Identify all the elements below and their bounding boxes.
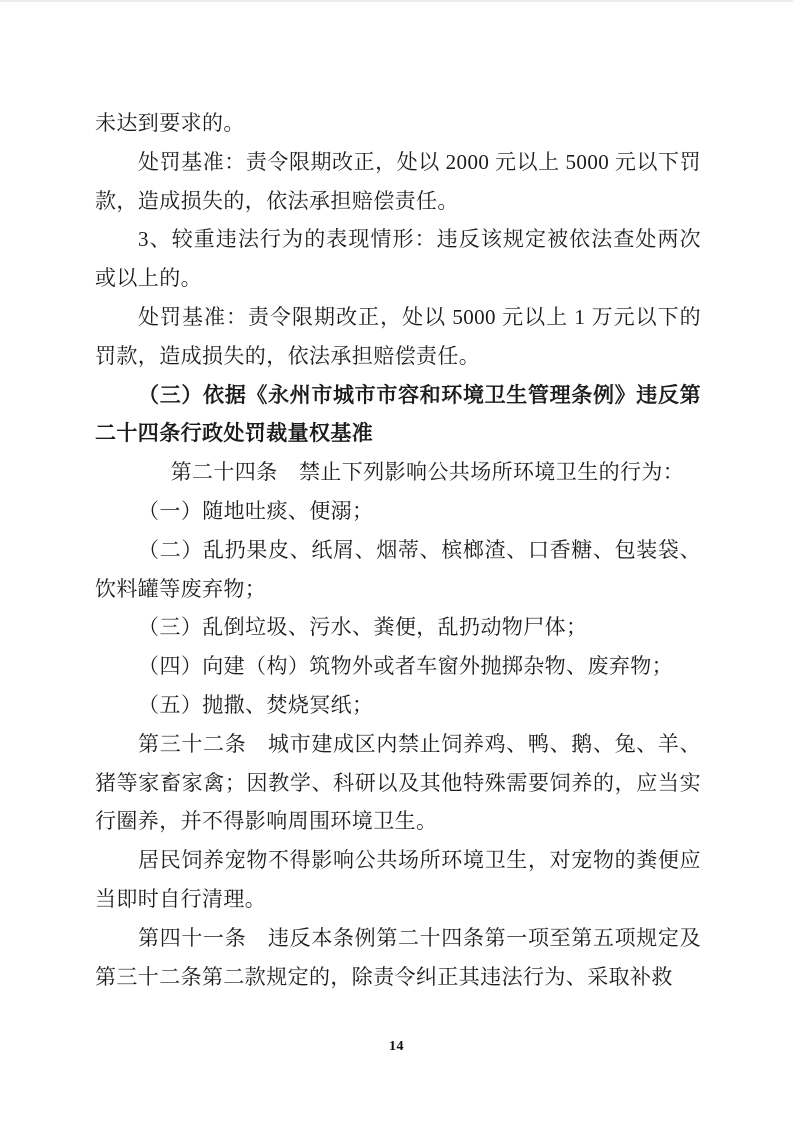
paragraph: 第四十一条 违反本条例第二十四条第一项至第五项规定及第三十二条第二款规定的，除责…	[95, 919, 701, 997]
paragraph: 3、较重违法行为的表现情形：违反该规定被依法查处两次或以上的。	[95, 220, 701, 298]
paragraph: 未达到要求的。	[95, 104, 701, 143]
paragraph: （四）向建（构）筑物外或者车窗外抛掷杂物、废弃物；	[95, 647, 701, 686]
scan-edge-line	[0, 0, 793, 2]
paragraph: 处罚基准：责令限期改正，处以 2000 元以上 5000 元以下罚款，造成损失的…	[95, 143, 701, 221]
paragraph: 处罚基准：责令限期改正，处以 5000 元以上 1 万元以下的罚款，造成损失的，…	[95, 298, 701, 376]
page-number: 14	[389, 1039, 404, 1054]
document-body: 未达到要求的。处罚基准：责令限期改正，处以 2000 元以上 5000 元以下罚…	[95, 104, 701, 996]
paragraph: 第二十四条 禁止下列影响公共场所环境卫生的行为：	[95, 453, 701, 492]
paragraph: （五）抛撒、焚烧冥纸；	[95, 686, 701, 725]
paragraph: （三）依据《永州市城市市容和环境卫生管理条例》违反第二十四条行政处罚裁量权基准	[95, 376, 701, 454]
paragraph: （二）乱扔果皮、纸屑、烟蒂、槟榔渣、口香糖、包装袋、饮料罐等废弃物；	[95, 531, 701, 609]
paragraph: 第三十二条 城市建成区内禁止饲养鸡、鸭、鹅、兔、羊、猪等家畜家禽；因教学、科研以…	[95, 725, 701, 841]
document-page: 未达到要求的。处罚基准：责令限期改正，处以 2000 元以上 5000 元以下罚…	[0, 0, 793, 1122]
paragraph: （一）随地吐痰、便溺；	[95, 492, 701, 531]
paragraph: 居民饲养宠物不得影响公共场所环境卫生，对宠物的粪便应当即时自行清理。	[95, 841, 701, 919]
page-footer: 14	[0, 1037, 793, 1055]
paragraph: （三）乱倒垃圾、污水、粪便，乱扔动物尸体；	[95, 608, 701, 647]
